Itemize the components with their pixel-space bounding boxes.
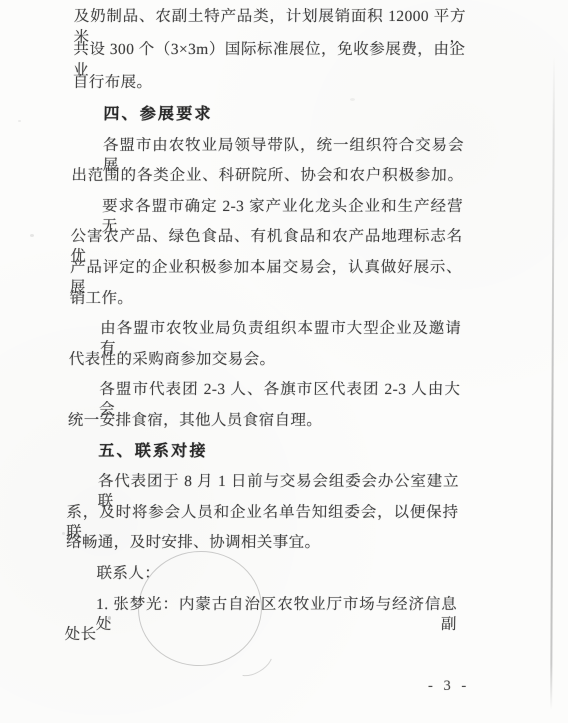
text-line: 要求各盟市确定 2-3 家产业化龙头企业和生产经营无 <box>71 197 463 228</box>
contact-line: 1. 张梦光：内蒙古自治区农牧业厅市场与经济信息处副 <box>65 595 457 626</box>
text-line: 由各盟市农牧业局负责组织本盟市大型企业及邀请有 <box>69 319 461 350</box>
scan-edge-artifact <box>550 55 555 710</box>
text-line: 统一安排食宿，其他人员食宿自理。 <box>68 411 460 442</box>
text-line: 产品评定的企业积极参加本届交易会，认真做好展示、展 <box>70 258 462 289</box>
text-line: 系，及时将参会人员和企业名单告知组委会，以便保持联 <box>66 503 458 534</box>
contact-label-line: 联系人： <box>65 564 457 595</box>
text-line: 共设 300 个（3×3m）国际标准展位，免收参展费，由企业 <box>73 39 465 72</box>
text-line: 及奶制品、农副土特产品类，计划展销面积 12000 平方米， <box>74 6 466 39</box>
page-number: - 3 - <box>428 678 470 695</box>
scan-speck <box>62 532 65 535</box>
text-line: 各盟市由农牧业局领导带队，统一组织符合交易会展 <box>72 136 464 167</box>
section-heading-5: 五、联系对接 <box>67 442 459 473</box>
text-line: 自行布展。 <box>73 72 465 105</box>
text-line: 各盟市代表团 2-3 人、各旗市区代表团 2-3 人由大会 <box>68 380 460 411</box>
text-line: 各代表团于 8 月 1 日前与交易会组委会办公室建立联 <box>67 472 459 503</box>
text-line: 公害农产品、绿色食品、有机食品和农产品地理标志名优 <box>70 227 462 258</box>
scan-speck <box>30 234 34 237</box>
text-line: 销工作。 <box>69 289 461 320</box>
document-body: 及奶制品、农副土特产品类，计划展销面积 12000 平方米， 共设 300 个（… <box>64 6 466 656</box>
text-line: 络畅通，及时安排、协调相关事宜。 <box>66 533 458 564</box>
text-line: 代表性的采购商参加交易会。 <box>68 350 460 381</box>
scanned-document-page: 及奶制品、农副土特产品类，计划展销面积 12000 平方米， 共设 300 个（… <box>0 0 568 723</box>
scan-speck <box>18 120 21 122</box>
section-heading-4: 四、参展要求 <box>72 105 464 136</box>
text-line: 出范围的各类企业、科研院所、协会和农户积极参加。 <box>71 166 463 197</box>
